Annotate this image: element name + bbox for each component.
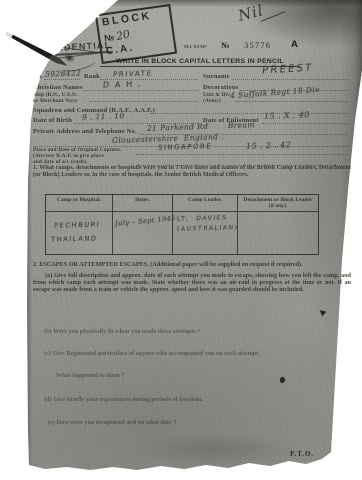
section-2-item-c: (c) Give Regimental particulars of anyon… — [44, 350, 334, 357]
block-stamp-no-value: 20 — [115, 27, 131, 43]
block-stamp-no-label: № — [104, 32, 115, 43]
field-capture-value-date: 15 . 2 . 42 — [246, 140, 291, 151]
left-edge-shadow — [27, 60, 32, 470]
block-number-stamp: BLOCK №20 C.A. — [95, 4, 177, 64]
field-rank-label: Rank — [84, 73, 100, 80]
field-capture-value-place: SINGAPORE — [158, 142, 213, 151]
section-2-heading: 2. ESCAPES OR ATTEMPTED ESCAPES. (Additi… — [33, 261, 351, 268]
reference-prefix: M.I. 9/JAP/ — [184, 44, 207, 49]
reference-no-symbol: № — [221, 40, 230, 50]
camp-dates: July – Sept 1945 — [115, 214, 176, 227]
camps-table: Camp or Hospital. Dates. Camp Leader. De… — [45, 194, 319, 255]
pto-note: P.T.O. — [290, 451, 314, 458]
dotted-line — [90, 93, 198, 102]
question-1: 1. What camps, detachments or hospitals … — [33, 164, 351, 178]
section-2-item-e: (e) How were you recaptured and on what … — [48, 419, 328, 426]
section-2-item-d: (d) Give briefly your experiences during… — [44, 396, 324, 403]
camps-table-cell-leader: LT. DAVIES (AUSTRALIAN) — [173, 212, 238, 254]
section-2-item-a: (a) Give full description and approx. da… — [33, 272, 351, 294]
camps-table-header-leader: Camp Leader. — [173, 195, 238, 212]
camp-name-line-1: PECHBURI — [54, 220, 101, 229]
field-enlistment-value: 15 . X . 40 — [264, 110, 310, 121]
field-christian-value: D A H . — [103, 79, 143, 89]
field-rank-value: PRIVATE — [113, 69, 153, 78]
reference-number: 35776 — [244, 40, 271, 50]
camps-table-header-dates: Dates. — [113, 195, 173, 212]
camp-leader-line-1: LT. DAVIES — [177, 214, 228, 222]
field-birth-label: Date of Birth — [33, 117, 72, 124]
bottom-stain — [130, 432, 300, 466]
dotted-line — [150, 105, 348, 114]
field-ship-label-2: or Merchant Navy — [33, 98, 78, 104]
field-birth-value: 9 . 11 . 10 — [82, 111, 125, 121]
camp-leader-line-2: (AUSTRALIAN) — [177, 224, 239, 233]
section-2-item-b: (b) Were you physically fit when you mad… — [44, 328, 324, 335]
camps-table-header-block-leader: Detachment or Block Leader (if any). — [238, 195, 318, 212]
field-christian-label: Christian Names — [33, 84, 83, 91]
reference-copy-letter: A — [291, 39, 298, 50]
section-2-item-c-followup: What happened to them ? — [56, 372, 256, 379]
field-surname-label: Surname — [203, 73, 230, 80]
camps-table-cell-block-leader — [238, 212, 318, 254]
camps-table-header-camp: Camp or Hospital. — [46, 195, 113, 212]
camp-name-line-2: THAILAND — [51, 234, 98, 243]
scan-page: { "colors": { "paper_base": "#9b9993", "… — [0, 0, 362, 480]
camps-table-cell-camp: PECHBURI THAILAND — [46, 212, 113, 254]
field-unit-label-2: (Army) — [203, 98, 221, 104]
field-address-label: Private Address and Telephone No. — [33, 128, 137, 135]
camps-table-cell-dates: July – Sept 1945 — [113, 212, 173, 254]
